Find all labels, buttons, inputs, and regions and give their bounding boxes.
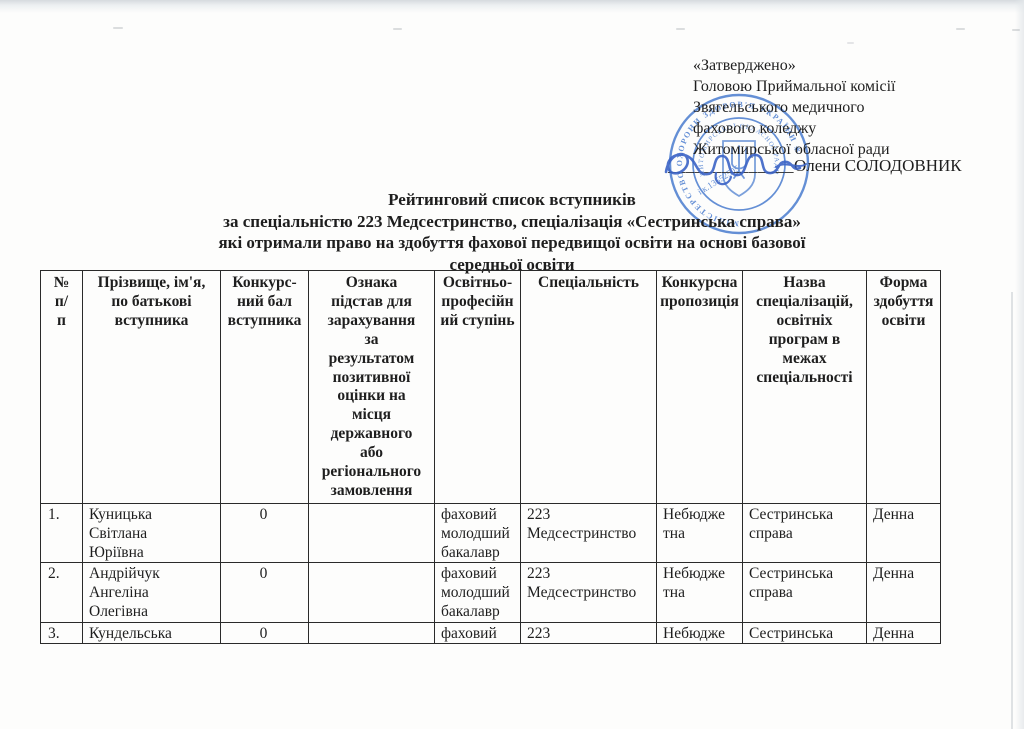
table-row: 1. Куницька Світлана Юріївна 0 фаховий м… bbox=[41, 504, 941, 563]
table-cell: 0 bbox=[221, 504, 309, 563]
table-cell: Кундельська bbox=[83, 623, 221, 644]
scan-speck bbox=[676, 28, 685, 30]
header-row: № п/ п Прізвище, ім'я, по батькові вступ… bbox=[41, 271, 941, 504]
approval-line: Головою Приймальної комісії bbox=[693, 76, 895, 97]
table-cell: Сестринська справа bbox=[743, 504, 867, 563]
column-header-specialization: Назва спеціалізацій, освітніх програм в … bbox=[743, 271, 867, 504]
table-cell: Небюдже тна bbox=[657, 504, 743, 563]
title-line: які отримали право на здобуття фахової п… bbox=[16, 232, 1008, 254]
table-cell: 2. bbox=[41, 563, 83, 623]
table-row: 2. Андрійчук Ангеліна Олегівна 0 фаховий… bbox=[41, 563, 941, 623]
column-header-name: Прізвище, ім'я, по батькові вступника bbox=[83, 271, 221, 504]
ranking-table: № п/ п Прізвище, ім'я, по батькові вступ… bbox=[40, 270, 941, 644]
table-cell: Небюдже тна bbox=[657, 563, 743, 623]
column-header-specialty: Спеціальність bbox=[521, 271, 657, 504]
table-cell: 223 Медсестринство bbox=[521, 563, 657, 623]
approval-line: «Затверджено» bbox=[693, 55, 895, 76]
table-cell: Сестринська справа bbox=[743, 563, 867, 623]
column-header-enrollment-basis: Ознака підстав для зарахування за резуль… bbox=[309, 271, 435, 504]
scan-speck bbox=[956, 28, 965, 30]
approver-name: Олени СОЛОДОВНИК bbox=[794, 156, 962, 175]
column-header-number: № п/ п bbox=[41, 271, 83, 504]
table-cell: Денна bbox=[867, 504, 941, 563]
signature-scribble bbox=[658, 140, 814, 194]
scan-speck bbox=[847, 42, 854, 44]
scan-edge-top bbox=[0, 0, 1024, 13]
table-cell: 3. bbox=[41, 623, 83, 644]
table-cell bbox=[309, 623, 435, 644]
table-cell: Денна bbox=[867, 563, 941, 623]
table-cell: 0 bbox=[221, 563, 309, 623]
title-line: Рейтинговий список вступників bbox=[16, 189, 1008, 211]
document-title: Рейтинговий список вступників за спеціал… bbox=[16, 189, 1008, 275]
approval-line: Звягельського медичного bbox=[693, 97, 895, 118]
table-cell bbox=[309, 504, 435, 563]
scan-edge-right bbox=[1015, 0, 1024, 729]
table-cell: 0 bbox=[221, 623, 309, 644]
column-header-form: Форма здобуття освіти bbox=[867, 271, 941, 504]
column-header-offer: Конкурсна пропозиція bbox=[657, 271, 743, 504]
table-cell: фаховий bbox=[435, 623, 521, 644]
scan-speck bbox=[1012, 29, 1020, 31]
scan-speck bbox=[393, 28, 402, 30]
column-header-score: Конкурс- ний бал вступника bbox=[221, 271, 309, 504]
scanned-page: МІНІСТЕРСТВО ОХОРОНИ ЗДОРОВ'Я УКРАЇНИ ✳ … bbox=[0, 0, 1024, 729]
table-cell: Небюдже bbox=[657, 623, 743, 644]
title-line: за спеціальністю 223 Медсестринство, спе… bbox=[16, 211, 1008, 233]
table-cell: Сестринська bbox=[743, 623, 867, 644]
table-cell bbox=[309, 563, 435, 623]
table-cell: Денна bbox=[867, 623, 941, 644]
approval-line: фахового коледжу bbox=[693, 118, 895, 139]
table-cell: фаховий молодший бакалавр bbox=[435, 504, 521, 563]
table-cell: фаховий молодший бакалавр bbox=[435, 563, 521, 623]
table-cell: 223 bbox=[521, 623, 657, 644]
table-cell: 1. bbox=[41, 504, 83, 563]
table-cell: Андрійчук Ангеліна Олегівна bbox=[83, 563, 221, 623]
scan-edge-line bbox=[1011, 292, 1013, 729]
table-cell: 223 Медсестринство bbox=[521, 504, 657, 563]
table-row: 3. Кундельська 0 фаховий 223 Небюдже Сес… bbox=[41, 623, 941, 644]
column-header-degree: Освітньо- професійн ий ступінь bbox=[435, 271, 521, 504]
scan-speck bbox=[113, 27, 123, 29]
table-cell: Куницька Світлана Юріївна bbox=[83, 504, 221, 563]
